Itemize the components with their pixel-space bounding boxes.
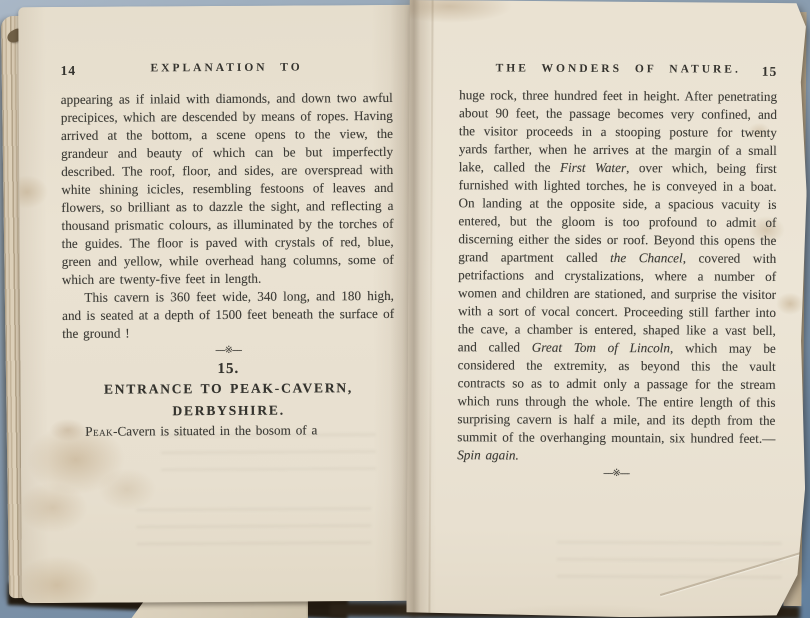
text-segment: First Water xyxy=(560,160,626,175)
left-page-text-column: appearing as if inlaid with diamonds, an… xyxy=(61,89,395,441)
ink-show-through xyxy=(557,541,782,584)
left-page: 14 EXPLANATION TO appearing as if inlaid… xyxy=(18,5,414,603)
running-header-text: THE WONDERS OF NATURE. xyxy=(496,62,741,75)
text-segment: the Chancel xyxy=(610,250,683,265)
section-heading-line: ENTRANCE TO PEAK-CAVERN, xyxy=(104,380,353,397)
text-segment: Spin again. xyxy=(457,447,519,462)
right-page-text-column: huge rock, three hundred feet in height.… xyxy=(457,86,777,484)
text-segment: Peak xyxy=(85,424,113,439)
text-segment: Great Tom of Lincoln xyxy=(532,340,670,356)
divider-ornament: ----※---- xyxy=(62,341,394,361)
right-page: THE WONDERS OF NATURE. 15 huge rock, thr… xyxy=(406,0,807,618)
right-page-wrapper: THE WONDERS OF NATURE. 15 huge rock, thr… xyxy=(408,1,806,617)
paragraph: Peak-Cavern is situated in the bosom of … xyxy=(63,421,395,441)
section-heading-line: DERBYSHIRE. xyxy=(172,403,285,419)
text-segment: , covered with petrifactions and crystal… xyxy=(458,250,777,354)
divider-ornament: ----※---- xyxy=(457,464,775,484)
page-number-right: 15 xyxy=(762,64,778,80)
paragraph: appearing as if inlaid with diamonds, an… xyxy=(61,89,394,289)
book-photograph: 14 EXPLANATION TO appearing as if inlaid… xyxy=(0,0,810,618)
page-number-left: 14 xyxy=(61,63,77,79)
page-crease xyxy=(428,0,433,616)
text-segment: , which may be considered the extremity,… xyxy=(457,340,776,446)
ink-show-through xyxy=(136,507,371,548)
running-header-text: EXPLANATION TO xyxy=(150,61,302,74)
paragraph: This cavern is 360 feet wide, 340 long, … xyxy=(62,287,394,343)
section-number: 15. xyxy=(62,359,394,379)
text-segment: -Cavern is situated in the bosom of a xyxy=(113,422,317,438)
section-heading: ENTRANCE TO PEAK-CAVERN, DERBYSHIRE. xyxy=(62,377,394,423)
running-header-right: THE WONDERS OF NATURE. 15 xyxy=(459,62,777,76)
paragraph: huge rock, three hundred feet in height.… xyxy=(457,86,777,466)
page-crease xyxy=(660,545,810,596)
running-header-left: 14 EXPLANATION TO xyxy=(61,61,393,75)
